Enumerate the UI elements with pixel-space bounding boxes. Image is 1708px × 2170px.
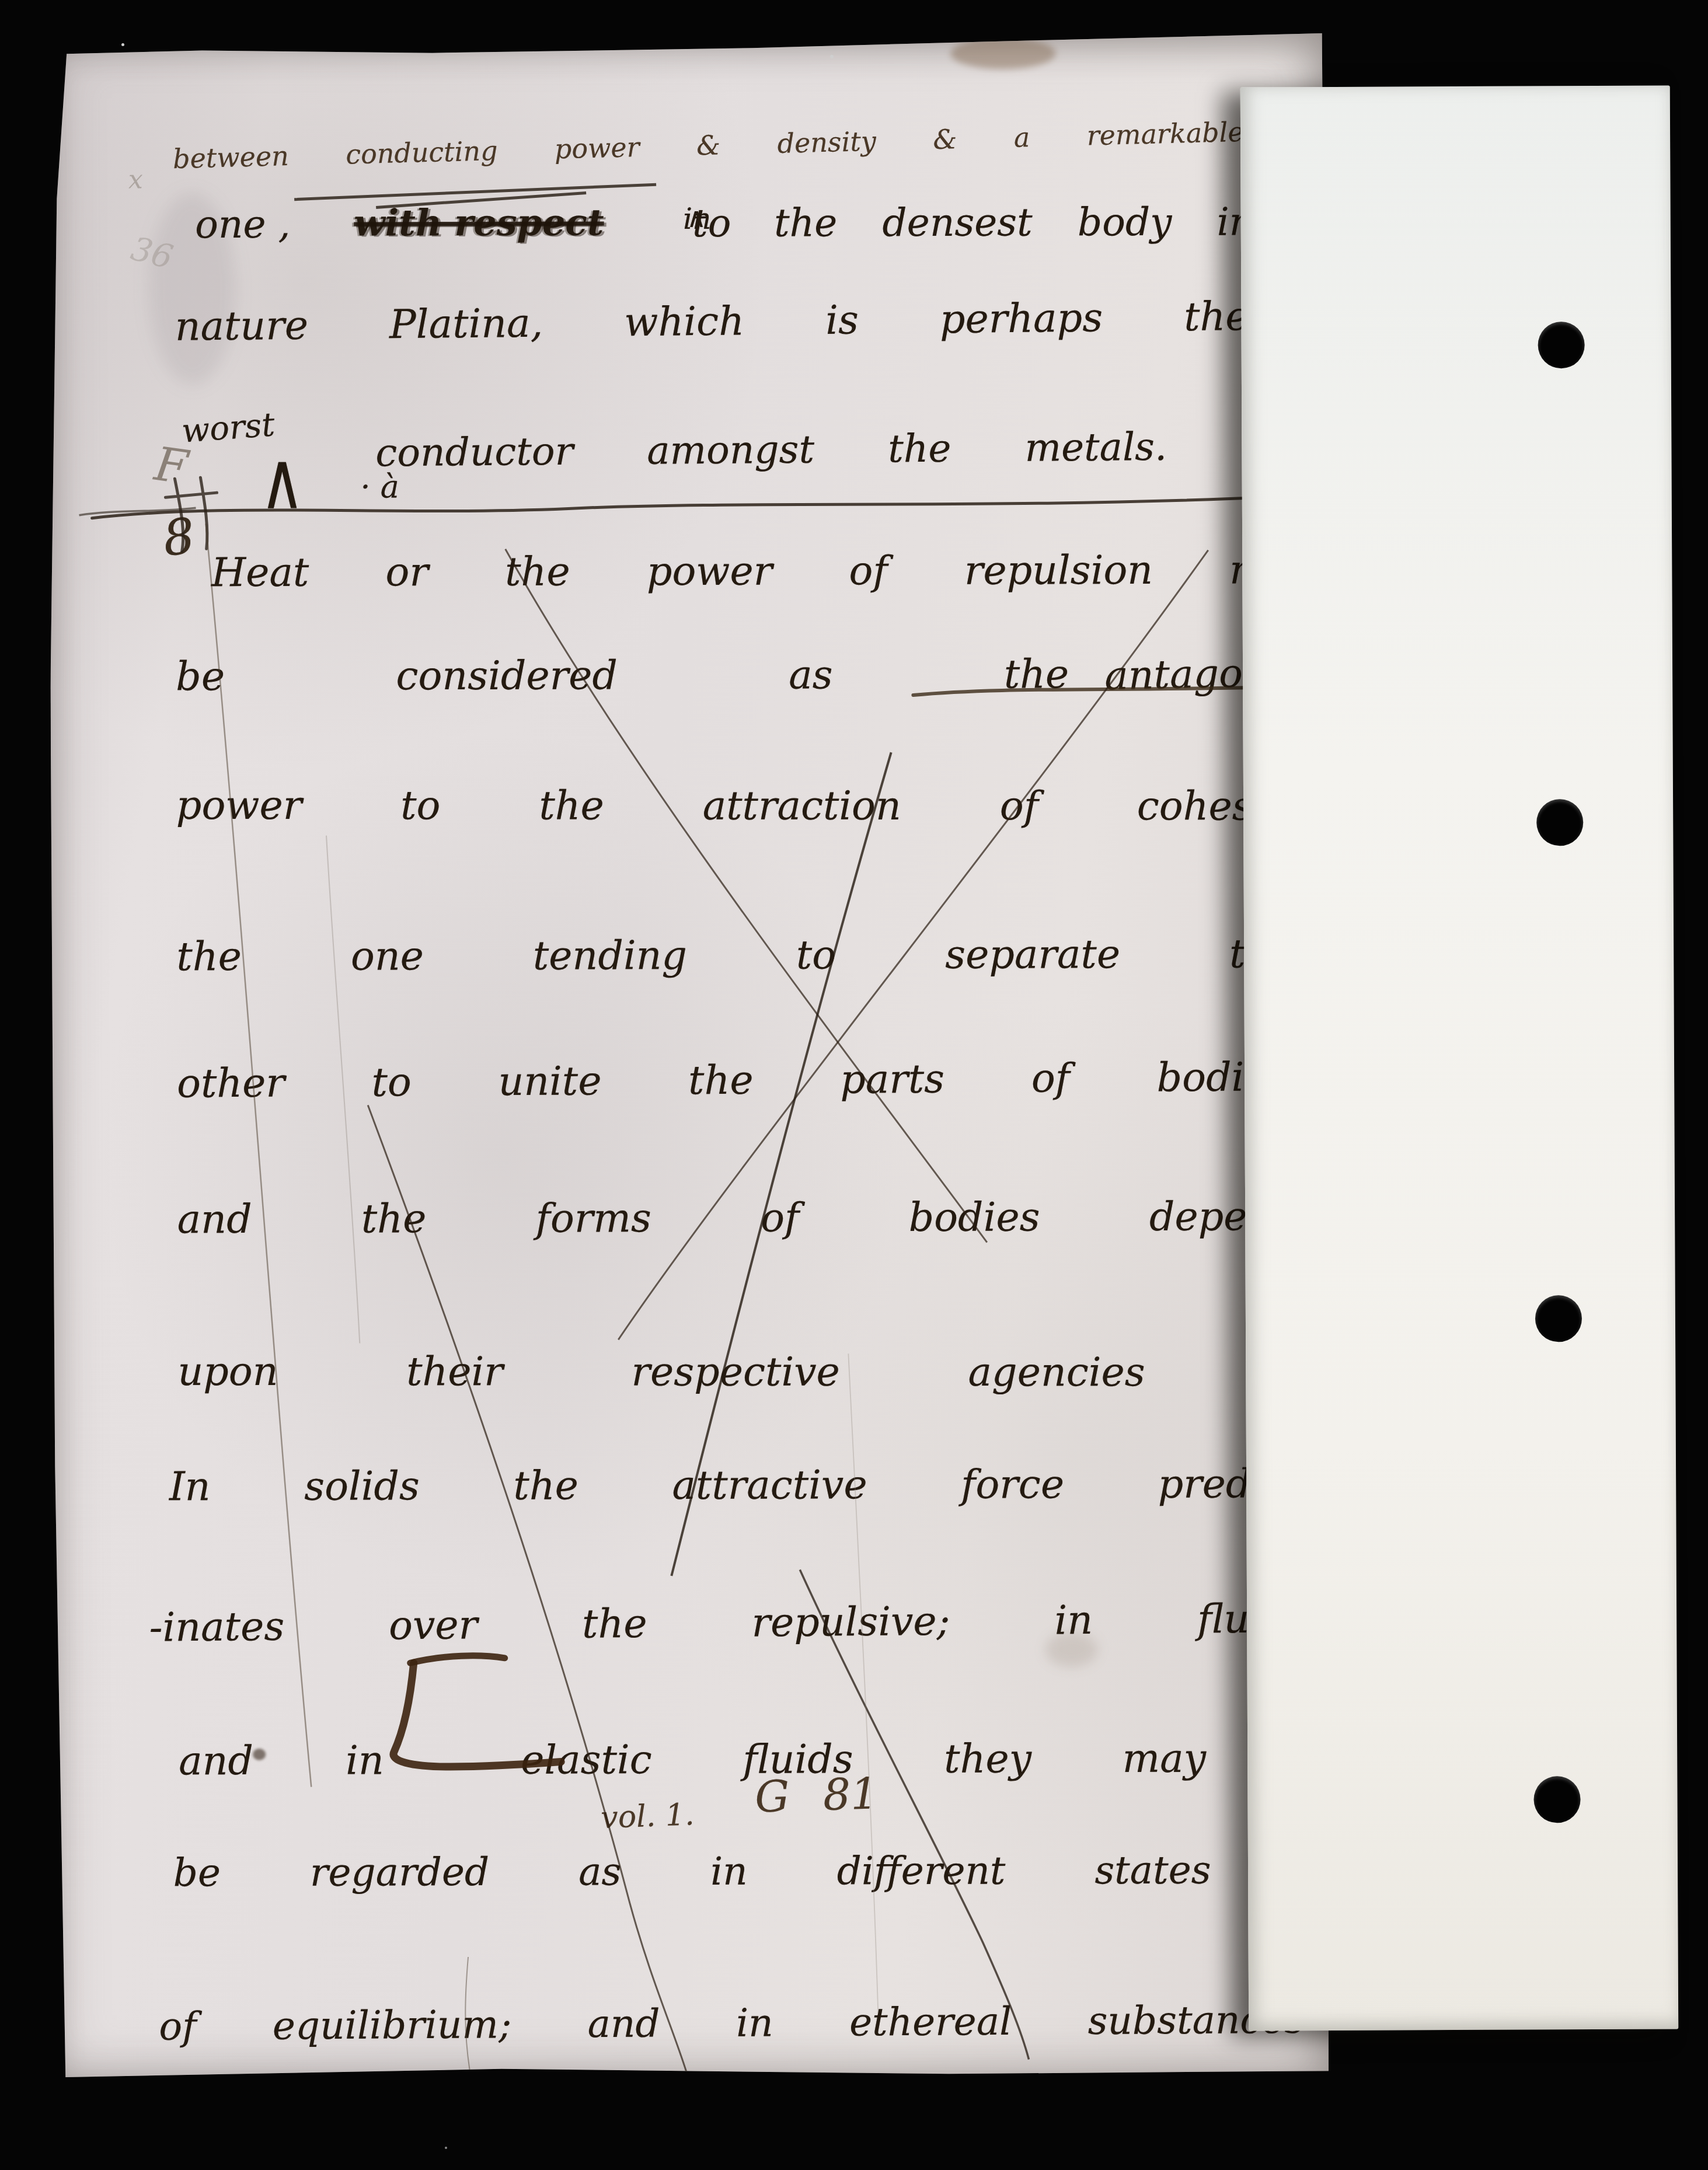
margin-note-a: · à [360, 471, 399, 503]
margin-caret-icon: ∧ [260, 441, 304, 520]
manuscript-line-unite: othertounitethepartsofbodies, [177, 1058, 1301, 1104]
dust-speck [121, 43, 124, 46]
manuscript-line-forms: andtheformsofbodiesdepend [177, 1197, 1298, 1240]
paper-crease [848, 1353, 878, 2013]
interline-ref-vol: vol. 1. [600, 1799, 695, 1833]
manuscript-line-antagonist: beconsideredasthe antagonist [176, 654, 1317, 697]
manuscript-line-tending: theonetendingtoseparatethe [176, 934, 1294, 977]
punch-hole [1538, 322, 1584, 368]
line-antagonist-pre: beconsideredasthe [176, 655, 1069, 697]
word-in: in [346, 1741, 384, 1781]
dust-speck [830, 55, 834, 58]
manuscript-line-nature-platina: naturePlatina,whichisperhapsthe [175, 297, 1249, 347]
punch-hole [1535, 1295, 1582, 1342]
cross-out-stroke [368, 1104, 686, 2074]
margin-pencil-mark: x [128, 167, 143, 193]
manuscript-line-conductor: conductoramongstthemetals.— [375, 427, 1279, 472]
manuscript-page: betweenconductingpower&density&aremarkab… [48, 32, 1332, 2078]
line-densest-rest: thedensestbodyin [774, 203, 1254, 242]
margin-pencil-letter: F [152, 441, 190, 491]
manuscript-line-interline-top: betweenconductingpower&density&aremarkab… [173, 118, 1245, 172]
manuscript-line-regarded: beregardedasindifferentstates [173, 1851, 1211, 1893]
ink-bracket-mark [410, 1656, 505, 1663]
cross-out-stroke [206, 524, 312, 1787]
manuscript-line-equilibrium: ofequilibrium;andinetherealsubstances [159, 2001, 1304, 2046]
manuscript-line-heat: Heatorthepowerofrepulsionmay [211, 550, 1313, 593]
backing-sheet [1240, 85, 1679, 2031]
punch-hole [1536, 799, 1583, 846]
manuscript-photograph: { "scene": { "background_color": "#05050… [0, 0, 1708, 2170]
word-and: and [179, 1742, 253, 1781]
punch-hole [1533, 1776, 1580, 1823]
ink-stain [950, 37, 1055, 69]
interline-ref-g81: G 81 [754, 1772, 879, 1819]
manuscript-line-densest: one , with respect to in ∧ thedensestbod… [195, 203, 1254, 205]
manuscript-line-solids: Insolidstheattractiveforcepredom- [169, 1464, 1326, 1507]
cross-out-stroke [506, 548, 987, 1244]
word-one: one , [195, 205, 290, 244]
manuscript-line-agencies: upontheirrespectiveagencies— [177, 1352, 1313, 1393]
cross-out-stroke [670, 752, 894, 1576]
manuscript-line-inates: -inatesovertherepulsive;influids [149, 1599, 1308, 1648]
margin-ink-figure-8: 8 [161, 511, 197, 563]
crossed-out-words: with respect [354, 204, 604, 241]
manuscript-line-elastic: and in elasticfluidstheymay [179, 1739, 1206, 1742]
ink-blot [253, 1749, 266, 1760]
dust-speck [445, 2147, 447, 2149]
margin-pencil-number: 36 [128, 233, 176, 274]
insertion-caret-icon: ∧ [686, 204, 706, 231]
manuscript-line-power: powertotheattractionofcohesion, [176, 786, 1327, 827]
